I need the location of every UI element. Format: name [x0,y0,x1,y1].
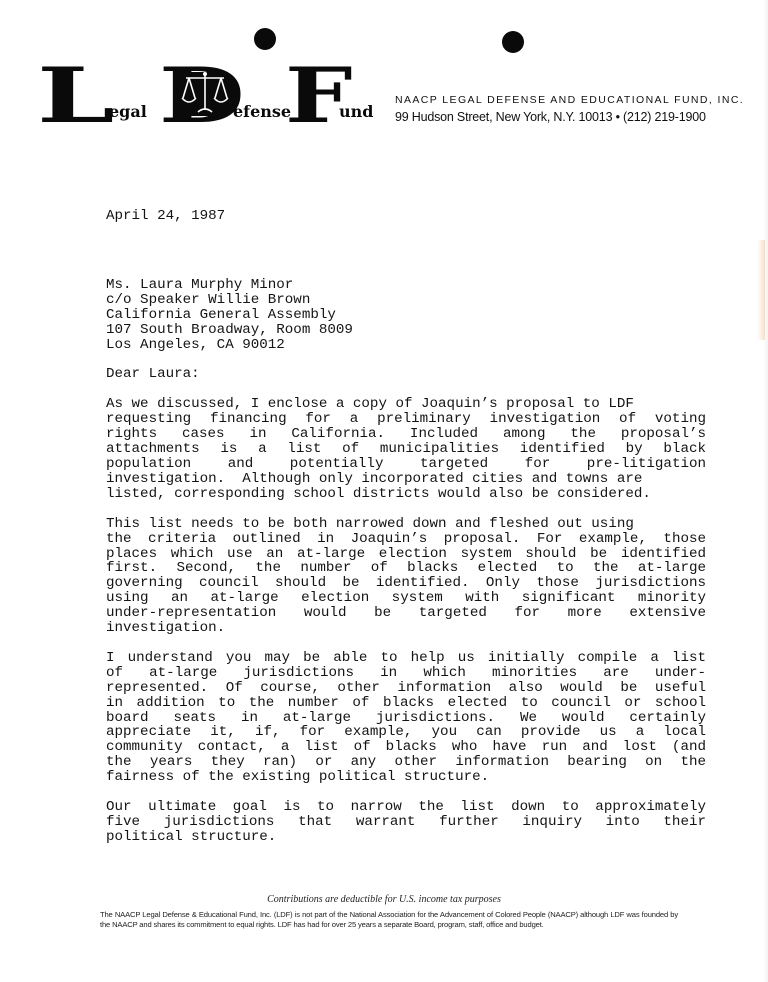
paragraph-line: first. Second, the number of blacks elec… [106,561,706,576]
paragraph-line: five jurisdictions that warrant further … [106,815,706,830]
org-info: NAACP LEGAL DEFENSE AND EDUCATIONAL FUND… [395,94,735,124]
paragraph-line: rights cases in California. Included amo… [106,427,706,442]
paragraph-line: of at-large jurisdictions in which minor… [106,666,706,681]
logo-dot [254,28,276,50]
recipient-line: Ms. Laura Murphy Minor [106,278,706,293]
paragraph-line: attachments is a list of municipalities … [106,442,706,457]
paragraph-line: I understand you may be able to help us … [106,651,706,666]
logo-word-egal: egal [109,102,147,121]
letter-paragraph: Our ultimate goal is to narrow the list … [106,800,706,845]
org-name: NAACP LEGAL DEFENSE AND EDUCATIONAL FUND… [395,94,735,106]
letter-paragraph: I understand you may be able to help us … [106,651,706,785]
ldf-logo: L egal D efense F und [37,58,377,128]
paragraph-line: population and potentially targeted for … [106,457,706,472]
paragraph-line: using an at-large election system with s… [106,591,706,606]
logo-word-efense: efense [233,102,291,121]
paragraph-line: political structure. [106,830,706,845]
recipient-line: California General Assembly [106,308,706,323]
recipient-line: Los Angeles, CA 90012 [106,338,706,353]
footer-tax-note: Contributions are deductible for U.S. in… [0,894,768,905]
paragraph-line: fairness of the existing political struc… [106,770,706,785]
letter-paragraph: As we discussed, I enclose a copy of Joa… [106,397,706,501]
paragraph-line: As we discussed, I enclose a copy of Joa… [106,397,706,412]
paragraph-line: represented. Of course, other informatio… [106,681,706,696]
paragraph-line: under-representation would be targeted f… [106,606,706,621]
scan-stain [757,240,765,340]
paragraph-line: requesting financing for a preliminary i… [106,412,706,427]
logo-letter-f: F [285,58,352,134]
letterhead: L egal D efense F und NAACP LEGAL DEFENS… [0,0,768,140]
logo-letter-l: L [37,58,112,134]
footer: Contributions are deductible for U.S. in… [0,894,768,905]
paragraph-line: This list needs to be both narrowed down… [106,517,706,532]
recipient-line: c/o Speaker Willie Brown [106,293,706,308]
recipient-address: Ms. Laura Murphy Minorc/o Speaker Willie… [106,278,706,353]
logo-word-und: und [339,102,373,121]
paragraph-line: community contact, a list of blacks who … [106,740,706,755]
letter-date: April 24, 1987 [106,209,706,224]
paragraph-line: investigation. Although only incorporate… [106,472,706,487]
paragraph-line: appreciate it, if, for example, you can … [106,725,706,740]
paragraph-line: the criteria outlined in Joaquin’s propo… [106,532,706,547]
paragraph-line: board seats in at-large jurisdictions. W… [106,711,706,726]
logo-dot [502,31,524,53]
paragraph-line: investigation. [106,621,706,636]
org-address: 99 Hudson Street, New York, N.Y. 10013 •… [395,110,735,124]
letter-paragraph: This list needs to be both narrowed down… [106,517,706,636]
paragraph-line: the years they ran) or any other informa… [106,755,706,770]
paragraph-line: Our ultimate goal is to narrow the list … [106,800,706,815]
recipient-line: 107 South Broadway, Room 8009 [106,323,706,338]
paragraph-line: places which use an at-large election sy… [106,547,706,562]
letter-paragraphs: As we discussed, I enclose a copy of Joa… [106,397,706,844]
paragraph-line: listed, corresponding school districts w… [106,487,706,502]
salutation: Dear Laura: [106,367,706,382]
scales-of-justice-icon [178,66,232,120]
letter-body: April 24, 1987 Ms. Laura Murphy Minorc/o… [106,209,706,860]
paragraph-line: in addition to the number of blacks elec… [106,696,706,711]
footer-disclaimer: The NAACP Legal Defense & Educational Fu… [100,910,678,929]
scan-edge-shadow [763,0,768,982]
paragraph-line: governing council should be identified. … [106,576,706,591]
